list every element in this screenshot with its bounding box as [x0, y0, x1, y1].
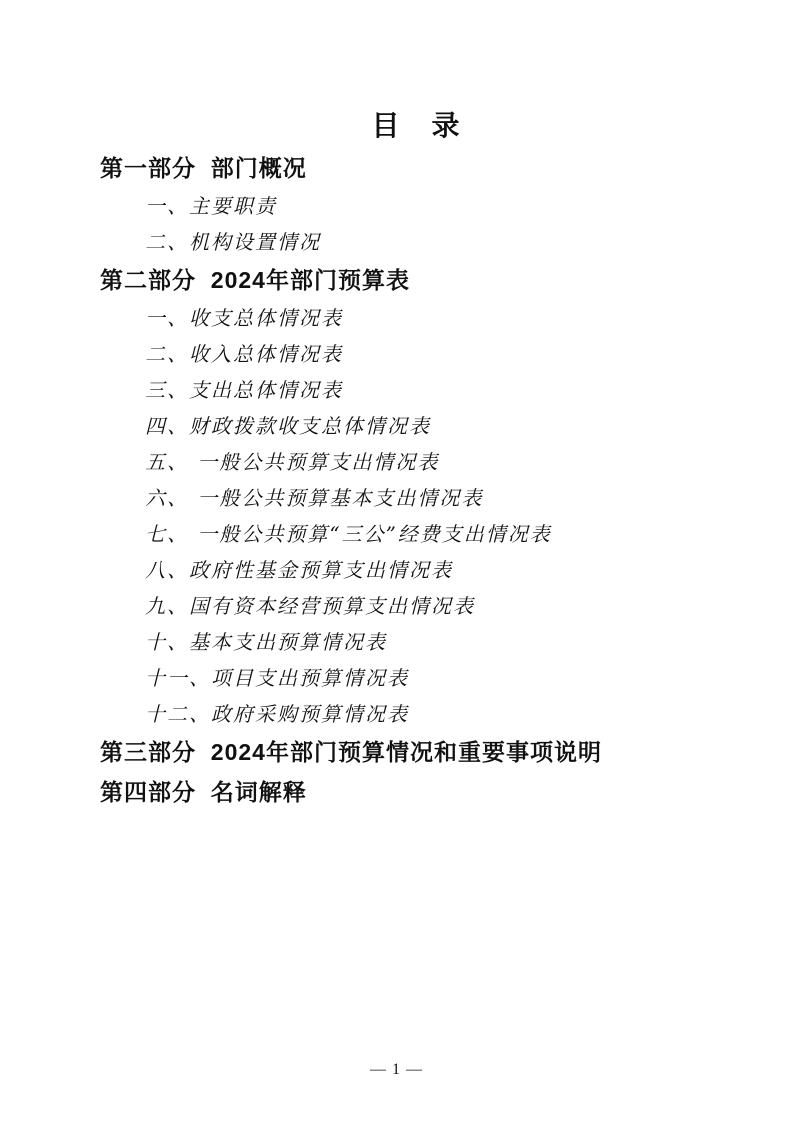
toc-part-2-item-9: 九、国有资本经营预算支出情况表 [100, 588, 733, 624]
toc-part-2-item-12: 十二、政府采购预算情况表 [100, 696, 733, 732]
toc-part-2-item-6: 六、 一般公共预算基本支出情况表 [100, 480, 733, 516]
toc-part-2: 第二部分 2024年部门预算表 [100, 260, 733, 300]
toc-part-2-item-7: 七、 一般公共预算“三公”经费支出情况表 [100, 516, 733, 552]
toc-part-1: 第一部分 部门概况 [100, 148, 733, 188]
toc-part-1-item-2: 二、机构设置情况 [100, 224, 733, 260]
page-title: 目 录 [0, 0, 793, 148]
toc-part-2-item-5: 五、 一般公共预算支出情况表 [100, 444, 733, 480]
document-page: 目 录 第一部分 部门概况 一、主要职责 二、机构设置情况 第二部分 2024年… [0, 0, 793, 1122]
toc-part-2-item-4: 四、财政拨款收支总体情况表 [100, 408, 733, 444]
toc-part-2-item-2: 二、收入总体情况表 [100, 336, 733, 372]
toc-part-1-item-1: 一、主要职责 [100, 188, 733, 224]
toc-part-2-item-10: 十、基本支出预算情况表 [100, 624, 733, 660]
toc-part-2-item-8: 八、政府性基金预算支出情况表 [100, 552, 733, 588]
toc-part-3: 第三部分 2024年部门预算情况和重要事项说明 [100, 732, 733, 772]
toc-part-2-item-11: 十一、项目支出预算情况表 [100, 660, 733, 696]
toc-part-4: 第四部分 名词解释 [100, 772, 733, 812]
toc-part-2-item-1: 一、收支总体情况表 [100, 300, 733, 336]
table-of-contents: 第一部分 部门概况 一、主要职责 二、机构设置情况 第二部分 2024年部门预算… [0, 148, 793, 812]
toc-part-2-item-3: 三、支出总体情况表 [100, 372, 733, 408]
page-number: — 1 — [0, 1060, 793, 1080]
